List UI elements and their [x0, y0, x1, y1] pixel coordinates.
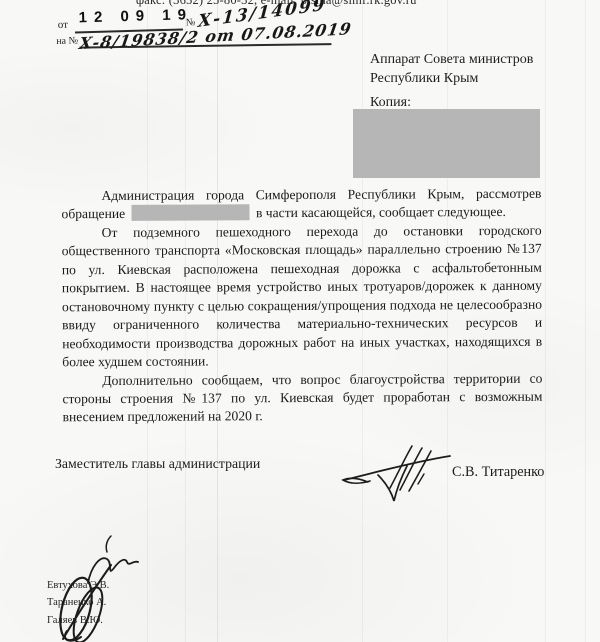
paragraph-1-text-after: в части касающейся, сообщает следующее. — [256, 204, 506, 220]
signature-titarenko-icon — [330, 440, 460, 510]
redaction-block-inline — [132, 205, 250, 222]
recipient-line1: Аппарат Совета министров — [370, 51, 533, 70]
recipient-line2: Республики Крым — [370, 70, 533, 89]
signer-position-title: Заместитель главы администрации — [55, 456, 260, 472]
stamp-date: 12 09 19 — [78, 6, 193, 26]
scan-artifact-line — [585, 0, 586, 642]
scanned-letter-page: факс: (3652) 25-80-32, e-mail: pisma@sim… — [0, 0, 600, 642]
redaction-block-copy-recipient — [353, 109, 540, 178]
stamp-reply-to-label: на № — [56, 35, 78, 47]
paragraph-3: Дополнительно сообщаем, что вопрос благо… — [62, 369, 542, 427]
letter-body: Администрация города Симферополя Республ… — [61, 185, 542, 427]
signer-name: С.В. Титаренко — [452, 464, 544, 481]
stamp-from-label: от — [58, 19, 69, 31]
paragraph-2: От подземного пешеходного перехода до ос… — [62, 222, 543, 372]
paragraph-1: Администрация города Симферополя Республ… — [61, 185, 541, 224]
recipient-block: Аппарат Совета министров Республики Крым — [370, 51, 533, 88]
scan-artifact-line — [545, 0, 546, 642]
registration-stamp: от 12 09 19 № Х-13/14099 на № Х-8/19838/… — [54, 1, 345, 59]
signature-flourish-icon — [45, 533, 165, 642]
